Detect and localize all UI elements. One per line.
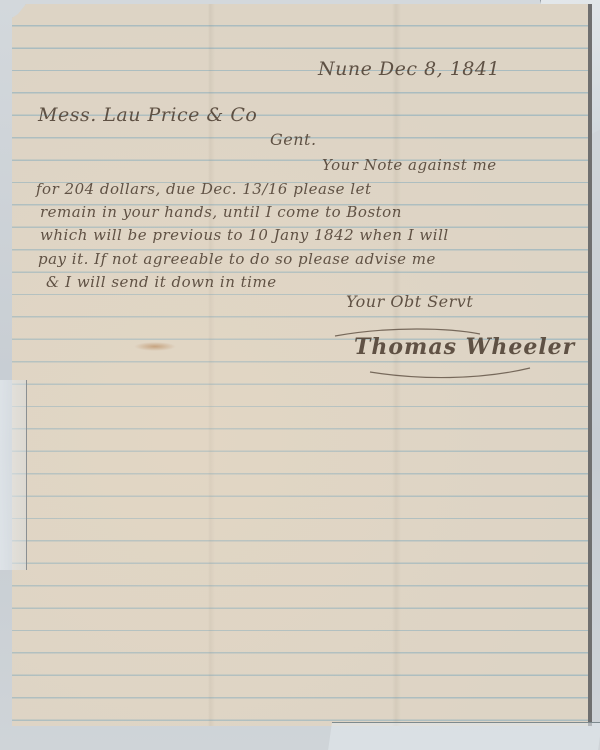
body-line: which will be previous to 10 Jany 1842 w… bbox=[40, 226, 449, 244]
letter-greeting: Gent. bbox=[270, 130, 317, 149]
letter-salutation: Mess. Lau Price & Co bbox=[38, 104, 257, 126]
glass-plate-bottom bbox=[328, 722, 600, 750]
glass-plate-left bbox=[0, 380, 27, 570]
body-line: pay it. If not agreeable to do so please… bbox=[38, 250, 436, 268]
body-line: Your Note against me bbox=[322, 156, 497, 174]
body-line: remain in your hands, until I come to Bo… bbox=[40, 203, 402, 221]
letter-date: Nune Dec 8, 1841 bbox=[318, 58, 500, 80]
letter-closing: Your Obt Servt bbox=[346, 292, 473, 311]
body-line: for 204 dollars, due Dec. 13/16 please l… bbox=[36, 180, 372, 198]
letter-signature: Thomas Wheeler bbox=[354, 334, 575, 360]
body-line: & I will send it down in time bbox=[46, 273, 277, 291]
paper-stain bbox=[134, 342, 176, 351]
